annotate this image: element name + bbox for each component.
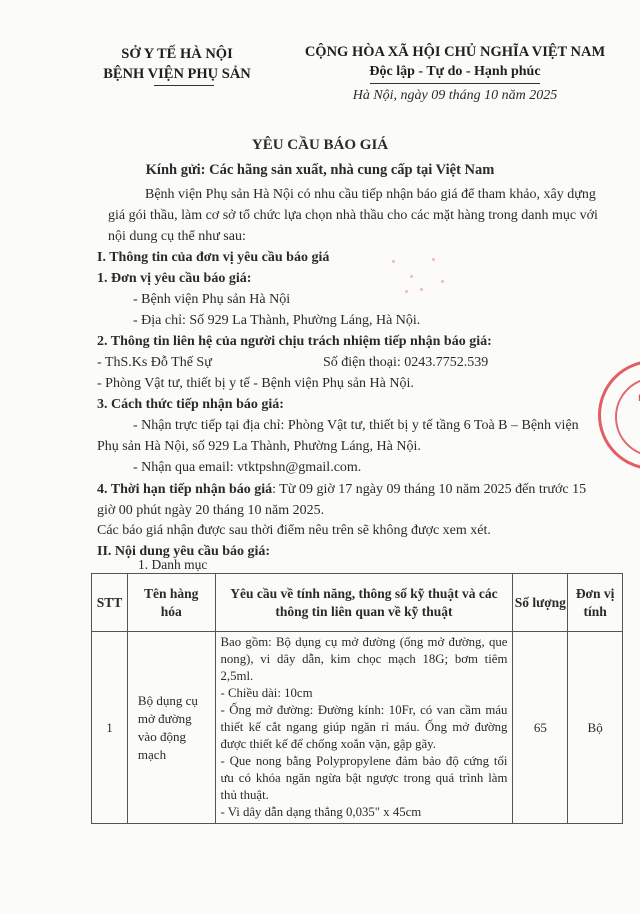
delivery-email: - Nhận qua email: vtktpshn@gmail.com. bbox=[133, 459, 361, 477]
org-line-1: SỞ Y TẾ HÀ NỘI bbox=[92, 44, 262, 64]
intro-line-3: nội dung cụ thể như sau: bbox=[108, 228, 246, 246]
table-header-row: STT Tên hàng hóa Yêu cầu về tính năng, t… bbox=[92, 574, 623, 632]
national-header: CỘNG HÒA XÃ HỘI CHỦ NGHĨA VIỆT NAM Độc l… bbox=[280, 42, 630, 82]
org-line-2: BỆNH VIỆN PHỤ SẢN bbox=[92, 64, 262, 84]
spec-line: - Ống mở đường: Đường kính: 10Fr, có van… bbox=[221, 702, 508, 753]
col-unit: Đơn vị tính bbox=[568, 574, 623, 632]
scan-speck bbox=[410, 275, 413, 278]
cell-specs: Bao gồm: Bộ dụng cụ mở đường (ống mở đườ… bbox=[215, 632, 513, 824]
deadline-text: : Từ 09 giờ 17 ngày 09 tháng 10 năm 2025… bbox=[272, 482, 586, 497]
section-1-heading: I. Thông tin của đơn vị yêu cầu báo giá bbox=[97, 249, 329, 267]
scan-speck bbox=[392, 260, 395, 263]
items-table: STT Tên hàng hóa Yêu cầu về tính năng, t… bbox=[91, 573, 623, 824]
spec-line: - Vi dây dẫn dạng thẳng 0,035" x 45cm bbox=[221, 804, 508, 821]
contact-phone: Số điện thoại: 0243.7752.539 bbox=[323, 354, 488, 372]
motto: Độc lập - Tự do - Hạnh phúc bbox=[280, 62, 630, 82]
cell-unit: Bộ bbox=[568, 632, 623, 824]
scan-speck bbox=[420, 288, 423, 291]
official-stamp: BỆNH PHỤ HÀ bbox=[598, 360, 640, 470]
org-underline bbox=[154, 85, 214, 86]
section-1-2-heading: 2. Thông tin liên hệ của người chịu trác… bbox=[97, 333, 492, 351]
section-1-3-heading: 3. Cách thức tiếp nhận báo giá: bbox=[97, 396, 284, 414]
cell-item-name: Bộ dụng cụ mở đường vào động mạch bbox=[127, 632, 215, 824]
col-specs: Yêu cầu về tính năng, thông số kỹ thuật … bbox=[215, 574, 513, 632]
requester-name: - Bệnh viện Phụ sản Hà Nội bbox=[133, 291, 290, 309]
document-date: Hà Nội, ngày 09 tháng 10 năm 2025 bbox=[280, 88, 630, 104]
col-quantity: Số lượng bbox=[513, 574, 568, 632]
section-1-4-heading: 4. Thời hạn tiếp nhận báo giá bbox=[97, 482, 272, 497]
motto-underline bbox=[370, 83, 540, 84]
spec-line: Bao gồm: Bộ dụng cụ mở đường (ống mở đườ… bbox=[221, 634, 508, 685]
cell-stt: 1 bbox=[92, 632, 128, 824]
deadline-note: Các báo giá nhận được sau thời điểm nêu … bbox=[97, 522, 491, 540]
contact-department: - Phòng Vật tư, thiết bị y tế - Bệnh việ… bbox=[97, 375, 414, 393]
delivery-in-person: - Nhận trực tiếp tại địa chỉ: Phòng Vật … bbox=[133, 417, 579, 435]
requester-address: - Địa chỉ: Số 929 La Thành, Phường Láng,… bbox=[133, 312, 420, 330]
stamp-text: BỆNH PHỤ HÀ bbox=[621, 393, 640, 426]
scan-speck bbox=[441, 280, 444, 283]
contact-name: - ThS.Ks Đỗ Thế Sự bbox=[97, 354, 212, 372]
deadline-line-1: 4. Thời hạn tiếp nhận báo giá: Từ 09 giờ… bbox=[97, 481, 586, 499]
organization-header: SỞ Y TẾ HÀ NỘI BỆNH VIỆN PHỤ SẢN bbox=[92, 44, 262, 84]
greeting: Kính gửi: Các hãng sản xuất, nhà cung cấ… bbox=[100, 162, 540, 179]
table-row: 1 Bộ dụng cụ mở đường vào động mạch Bao … bbox=[92, 632, 623, 824]
scan-speck bbox=[405, 290, 408, 293]
section-2-1-heading: 1. Danh mục bbox=[138, 556, 207, 574]
spec-line: - Chiều dài: 10cm bbox=[221, 685, 508, 702]
scan-speck bbox=[432, 258, 435, 261]
cell-quantity: 65 bbox=[513, 632, 568, 824]
nation-title: CỘNG HÒA XÃ HỘI CHỦ NGHĨA VIỆT NAM bbox=[280, 42, 630, 62]
spec-line: - Que nong bằng Polypropylene đảm bảo độ… bbox=[221, 753, 508, 804]
deadline-line-2: giờ 00 phút ngày 20 tháng 10 năm 2025. bbox=[97, 502, 324, 520]
col-item-name: Tên hàng hóa bbox=[127, 574, 215, 632]
email-text: - Nhận qua email: vtktpshn@gmail.com. bbox=[133, 460, 361, 475]
document-title: YÊU CẦU BÁO GIÁ bbox=[100, 137, 540, 154]
section-1-1-heading: 1. Đơn vị yêu cầu báo giá: bbox=[97, 270, 251, 288]
delivery-address: Phụ sản Hà Nội, số 929 La Thành, Phường … bbox=[97, 438, 421, 456]
intro-line-1: Bệnh viện Phụ sản Hà Nội có nhu cầu tiếp… bbox=[145, 186, 596, 204]
col-stt: STT bbox=[92, 574, 128, 632]
intro-line-2: giá gói thầu, làm cơ sở tổ chức lựa chọn… bbox=[108, 207, 598, 225]
